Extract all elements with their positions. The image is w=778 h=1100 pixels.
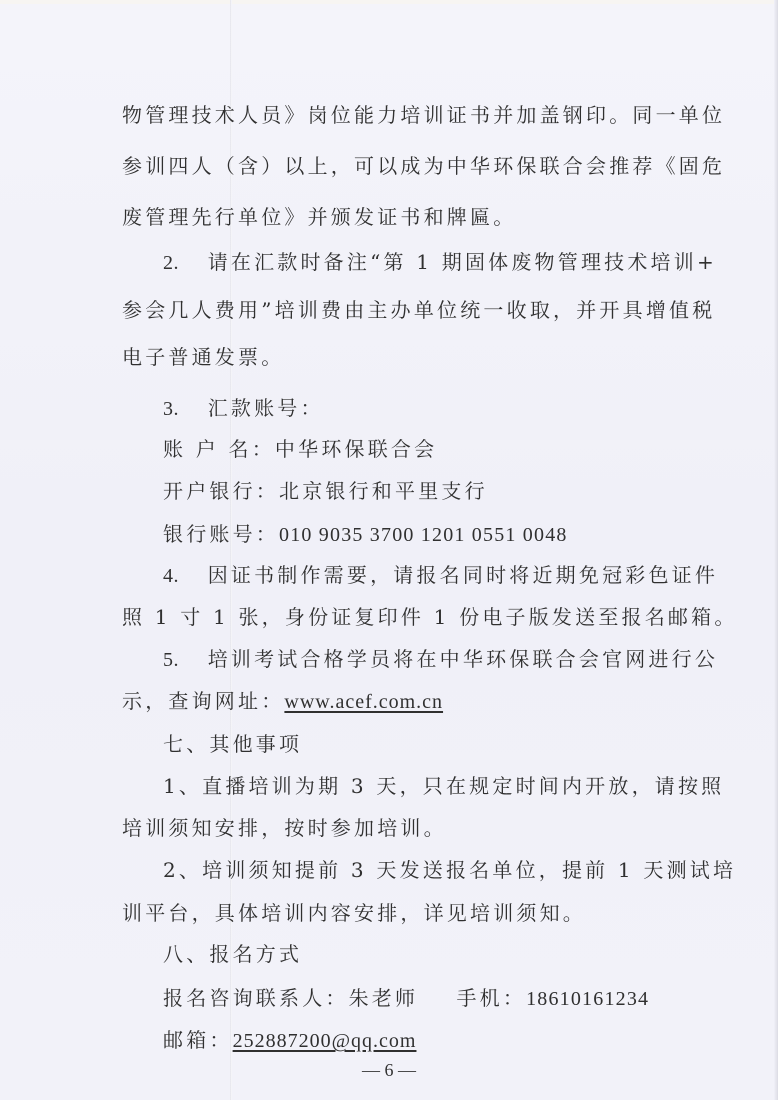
item-4-text: 因证书制作需要，请报名同时将近期免冠彩色证件: [208, 563, 718, 587]
item-3-heading: 汇款账号：: [208, 396, 324, 420]
item-2-line-1: 2. 请在汇款时备注“第 1 期固体废物管理技术培训+: [163, 250, 717, 275]
account-number-value: 010 9035 3700 1201 0551 0048: [279, 524, 568, 546]
item-5-line-2: 示，查询网址：www.acef.com.cn: [122, 689, 443, 714]
website-link[interactable]: www.acef.com.cn: [284, 691, 443, 713]
account-name-value: 中华环保联合会: [275, 437, 437, 461]
section-8-heading-visible: 八、报名方式: [163, 942, 302, 966]
section-7-heading: 七、其他事项: [163, 732, 302, 756]
item-5-text: 培训考试合格学员将在中华环保联合会官网进行公: [208, 647, 718, 671]
section-7-item-1-line-2: 培训须知安排，按时参加培训。: [122, 816, 447, 840]
account-name-row: 账 户 名：中华环保联合会: [163, 437, 437, 461]
item-5-line-1: 5. 培训考试合格学员将在中华环保联合会官网进行公: [163, 647, 718, 672]
phone-label: 手机：: [456, 986, 526, 1010]
bank-label: 开户银行：: [163, 479, 279, 503]
item-4-line-2: 照 1 寸 1 张，身份证复印件 1 份电子版发送至报名邮箱。: [122, 605, 738, 629]
scanned-page: 物管理技术人员》岗位能力培训证书并加盖钢印。同一单位 参训四人（含）以上，可以成…: [0, 0, 778, 1100]
item-2-number: 2.: [163, 252, 179, 274]
account-number-label: 银行账号：: [163, 522, 279, 546]
account-name-label: 账 户 名：: [163, 437, 275, 461]
section-7-item-2-line-2: 训平台，具体培训内容安排，详见培训须知。: [122, 901, 586, 925]
item-4-number: 4.: [163, 565, 179, 587]
item-3-number: 3.: [163, 398, 179, 420]
contact-name: 朱老师: [349, 986, 419, 1010]
section-7-item-1-line-1: 1、直播培训为期 3 天，只在规定时间内开放，请按照: [163, 774, 724, 798]
item-5-number: 5.: [163, 649, 179, 671]
item-2-text: 请在汇款时备注“第 1 期固体废物管理技术培训+: [208, 250, 717, 274]
phone-value: 18610161234: [526, 988, 649, 1010]
item-3-heading-line: 3. 汇款账号：: [163, 396, 324, 421]
email-row: 邮箱：252887200@qq.com: [163, 1028, 416, 1053]
contact-row: 报名咨询联系人：朱老师 手机：18610161234: [163, 986, 649, 1011]
cert-paragraph-line-3: 废管理先行单位》并颁发证书和牌匾。: [122, 205, 516, 229]
cert-paragraph-line-1: 物管理技术人员》岗位能力培训证书并加盖钢印。同一单位: [122, 103, 725, 127]
item-2-line-3: 电子普通发票。: [122, 345, 284, 369]
contact-label: 报名咨询联系人：: [163, 986, 349, 1010]
email-link[interactable]: 252887200@qq.com: [233, 1030, 417, 1052]
section-7-item-2-line-1: 2、培训须知提前 3 天发送报名单位，提前 1 天测试培: [163, 858, 736, 882]
page-right-edge-shadow: [774, 0, 778, 1100]
query-url-label: 示，查询网址：: [122, 689, 284, 713]
bank-value: 北京银行和平里支行: [279, 479, 488, 503]
email-label: 邮箱：: [163, 1028, 233, 1052]
item-4-line-1: 4. 因证书制作需要，请报名同时将近期免冠彩色证件: [163, 563, 718, 588]
page-top-edge: [0, 0, 778, 4]
bank-row: 开户银行：北京银行和平里支行: [163, 479, 488, 503]
cert-paragraph-line-2: 参训四人（含）以上，可以成为中华环保联合会推荐《固危: [122, 154, 725, 178]
item-2-line-2: 参会几人费用”培训费由主办单位统一收取，并开具增值税: [122, 298, 715, 322]
page-number: — 6 —: [0, 1060, 778, 1081]
account-number-row: 银行账号：010 9035 3700 1201 0551 0048: [163, 522, 568, 547]
